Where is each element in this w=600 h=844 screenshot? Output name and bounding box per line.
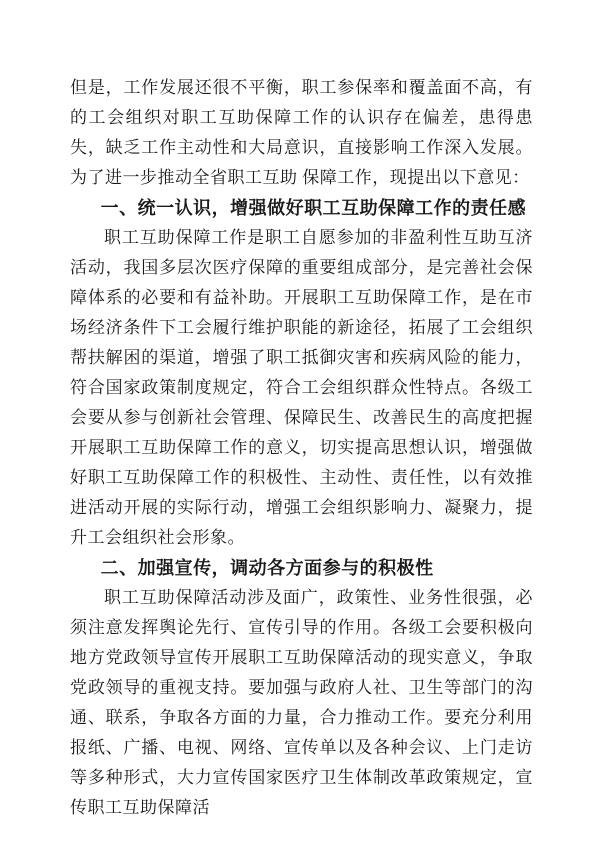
body-paragraph-section-2: 职工互助保障活动涉及面广，政策性、业务性很强，必须注意发挥舆论先行、宣传引导的作… <box>70 583 533 823</box>
body-paragraph-continuation: 但是，工作发展还很不平衡，职工参保率和覆盖面不高，有的工会组织对职工互助保障工作… <box>70 73 533 193</box>
body-paragraph-section-1: 职工互助保障工作是职工自愿参加的非盈利性互助互济活动，我国多层次医疗保障的重要组… <box>70 223 533 553</box>
document-page: 但是，工作发展还很不平衡，职工参保率和覆盖面不高，有的工会组织对职工互助保障工作… <box>0 0 600 844</box>
section-heading-2: 二、加强宣传，调动各方面参与的积极性 <box>70 553 533 583</box>
section-heading-1: 一、统一认识，增强做好职工互助保障工作的责任感 <box>70 193 533 223</box>
